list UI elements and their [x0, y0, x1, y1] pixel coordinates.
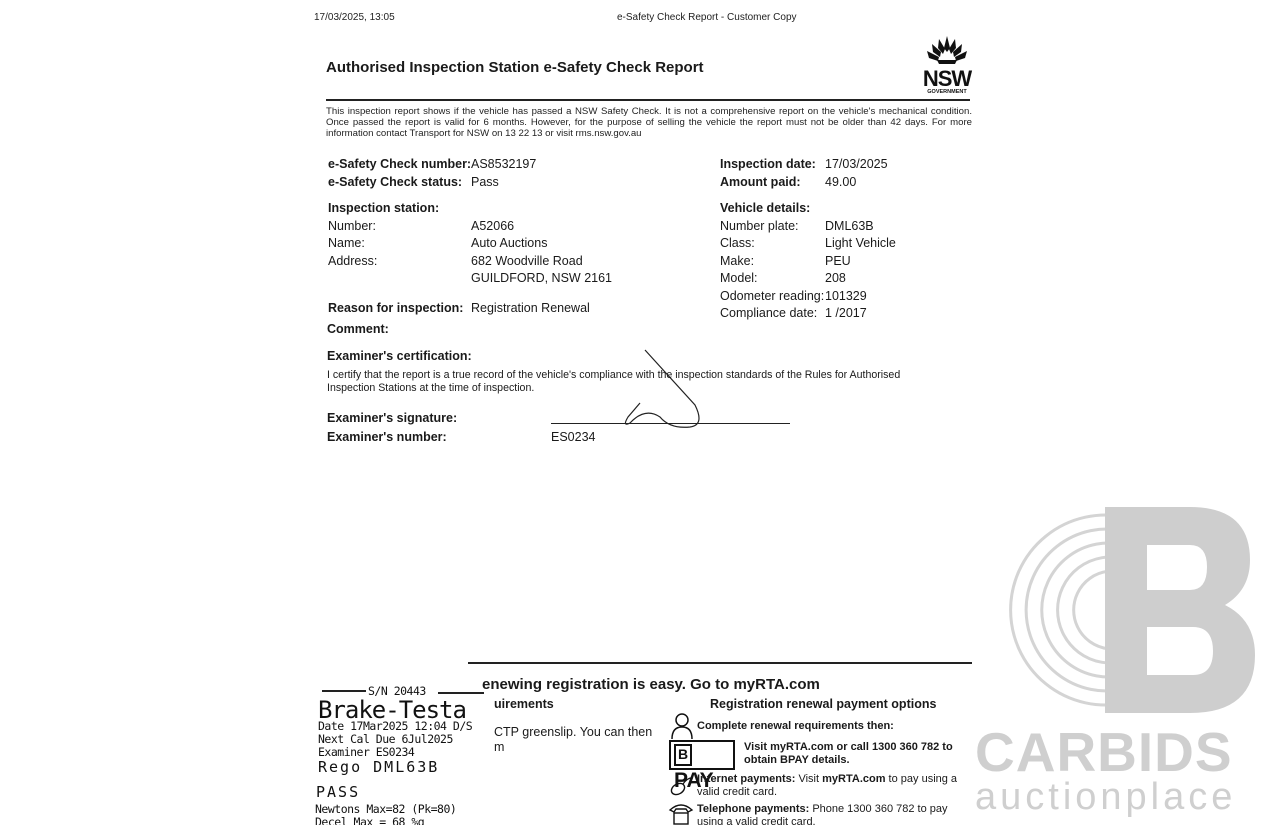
internet-label: Internet payments: — [697, 773, 795, 785]
make-value: PEU — [825, 254, 851, 268]
reason-value: Registration Renewal — [471, 301, 590, 315]
check-status-label: e-Safety Check status: — [328, 175, 462, 189]
receipt-decel: Decel Max = 68 %g — [315, 815, 424, 825]
station-number-value: A52066 — [471, 219, 514, 233]
rta-internet-text: Internet payments: Visit myRTA.com to pa… — [697, 773, 967, 799]
station-address-label: Address: — [328, 254, 377, 268]
rta-top-rule — [468, 662, 972, 664]
print-doc-title: e-Safety Check Report - Customer Copy — [617, 12, 797, 23]
print-datetime: 17/03/2025, 13:05 — [314, 12, 395, 23]
person-icon — [670, 713, 694, 739]
amount-paid-label: Amount paid: — [720, 175, 801, 189]
odometer-value: 101329 — [825, 289, 867, 303]
compliance-value: 1 /2017 — [825, 306, 867, 320]
telephone-icon — [668, 802, 694, 825]
receipt-rule-left — [322, 690, 366, 692]
report-intro: This inspection report shows if the vehi… — [326, 106, 972, 139]
bpay-b-box: B — [674, 744, 692, 766]
station-number-label: Number: — [328, 219, 376, 233]
receipt-rego: Rego DML63B — [318, 758, 439, 776]
waratah-icon — [923, 34, 971, 64]
station-address-line1: 682 Woodville Road — [471, 254, 583, 268]
internet-text-a: Visit — [795, 773, 822, 785]
receipt-rule-right — [438, 692, 484, 694]
station-heading: Inspection station: — [328, 201, 439, 215]
comment-label: Comment: — [327, 322, 389, 336]
amount-paid-value: 49.00 — [825, 175, 856, 189]
plate-label: Number plate: — [720, 219, 799, 233]
check-status-value: Pass — [471, 175, 499, 189]
receipt-date: Date 17Mar2025 12:04 D/S — [318, 719, 472, 733]
nsw-logo-text: NSW — [921, 69, 973, 89]
model-value: 208 — [825, 271, 846, 285]
rta-headline: enewing registration is easy. Go to myRT… — [482, 676, 820, 693]
receipt-newtons: Newtons Max=82 (Pk=80) — [315, 802, 456, 816]
watermark-tagline: auctionplace — [975, 776, 1275, 819]
header-divider — [326, 99, 970, 101]
examiner-number-label: Examiner's number: — [327, 430, 447, 444]
rta-bpay-text: Visit myRTA.com or call 1300 360 782 to … — [744, 741, 964, 767]
station-name-value: Auto Auctions — [471, 236, 547, 250]
check-number-label: e-Safety Check number: — [328, 157, 471, 171]
make-label: Make: — [720, 254, 754, 268]
reason-label: Reason for inspection: — [328, 301, 463, 315]
carbids-cb-logo-icon — [975, 505, 1275, 715]
compliance-label: Compliance date: — [720, 306, 817, 320]
station-address-line2: GUILDFORD, NSW 2161 — [471, 271, 612, 285]
rta-options-heading: Registration renewal payment options — [710, 697, 936, 711]
check-number-value: AS8532197 — [471, 157, 536, 171]
rta-complete-text: Complete renewal requirements then: — [697, 720, 894, 733]
receipt-result: PASS — [316, 783, 360, 801]
model-label: Model: — [720, 271, 758, 285]
examiner-number-value: ES0234 — [551, 430, 595, 444]
class-label: Class: — [720, 236, 755, 250]
inspection-date-label: Inspection date: — [720, 157, 816, 171]
receipt-cal-due: Next Cal Due 6Jul2025 — [318, 732, 453, 746]
station-name-label: Name: — [328, 236, 365, 250]
rta-requirements-heading: uirements — [494, 697, 554, 711]
signature-scribble — [600, 345, 720, 435]
certification-heading: Examiner's certification: — [327, 349, 472, 363]
signature-label: Examiner's signature: — [327, 411, 457, 425]
bpay-logo: BPAY — [669, 740, 735, 770]
rta-requirements-text-2: m — [494, 740, 504, 754]
mouse-icon — [668, 775, 694, 797]
inspection-date-value: 17/03/2025 — [825, 157, 888, 171]
watermark-brand: CARBIDS — [975, 720, 1275, 784]
plate-value: DML63B — [825, 219, 874, 233]
carbids-watermark: CARBIDS auctionplace — [975, 505, 1275, 825]
report-title: Authorised Inspection Station e-Safety C… — [326, 59, 704, 76]
phone-label: Telephone payments: — [697, 803, 809, 815]
myrta-link[interactable]: myRTA.com — [822, 773, 885, 785]
nsw-logo-subtext: GOVERNMENT — [921, 89, 973, 95]
vehicle-heading: Vehicle details: — [720, 201, 810, 215]
odometer-label: Odometer reading: — [720, 289, 824, 303]
rta-requirements-text-1: CTP greenslip. You can then — [494, 725, 652, 739]
class-value: Light Vehicle — [825, 236, 896, 250]
nsw-government-logo: NSW GOVERNMENT — [921, 34, 973, 95]
receipt-examiner: Examiner ES0234 — [318, 745, 414, 759]
rta-phone-text: Telephone payments: Phone 1300 360 782 t… — [697, 803, 962, 825]
